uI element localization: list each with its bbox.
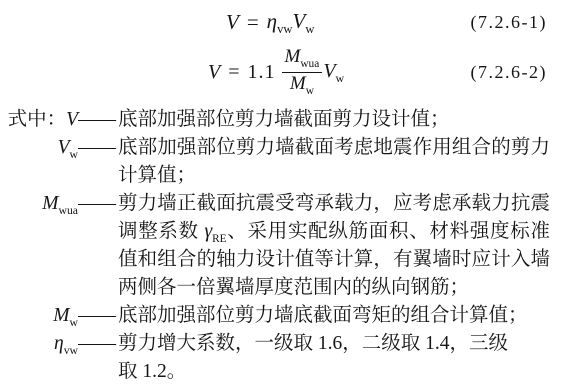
- definition-row: 式中：V —— 底部加强部位剪力墙截面剪力设计值；: [6, 106, 561, 134]
- eq2-lhs-symbol: V: [208, 61, 220, 84]
- definition-label: 式中：V: [6, 106, 78, 134]
- equation-1: V = ηvw Vw: [226, 9, 314, 36]
- text-segment: 底部加强部位剪力墙底截面弯矩的组合计算值；: [118, 305, 528, 326]
- definition-label: Mwua: [6, 190, 78, 218]
- document-page: V = ηvw Vw (7.2.6-1) V = 1.1 Mwua Mw Vw …: [0, 0, 561, 392]
- definition-symbol: V: [66, 109, 78, 130]
- symbol-segment: η: [54, 333, 64, 354]
- equation-row-2: V = 1.1 Mwua Mw Vw (7.2.6-2): [0, 46, 561, 98]
- where-label: 式中：: [8, 109, 67, 130]
- symbol-segment: V: [58, 137, 70, 158]
- fraction-numerator: Mwua: [282, 47, 323, 72]
- eta-symbol: η: [267, 9, 277, 33]
- equation-number-1: (7.2.6-1): [471, 12, 547, 33]
- definition-row: Vw —— 底部加强部位剪力墙截面考虑地震作用组合的剪力计算值；: [6, 134, 561, 190]
- equals-sign: =: [247, 10, 259, 35]
- symbol-segment: γ: [204, 221, 212, 242]
- subscript-segment: wua: [59, 204, 78, 217]
- vw-symbol: V: [323, 60, 335, 82]
- symbol-segment: M: [53, 305, 69, 326]
- definition-label: ηvw: [6, 330, 78, 358]
- definition-symbol: Vw: [58, 137, 78, 158]
- text-segment: 底部加强部位剪力墙截面考虑地震作用组合的剪力计算值；: [118, 137, 550, 186]
- text-segment: 剪力增大系数，一级取 1.6，二级取 1.4，三级: [118, 333, 508, 354]
- definition-row: Mw —— 底部加强部位剪力墙底截面弯矩的组合计算值；: [6, 302, 561, 330]
- equation-row-1: V = ηvw Vw (7.2.6-1): [0, 4, 561, 40]
- eta-subscript: vw: [277, 22, 292, 36]
- symbol-segment: V: [66, 109, 78, 130]
- fraction: Mwua Mw: [282, 47, 323, 96]
- eq2-v: V: [208, 61, 220, 83]
- subscript-segment: RE: [212, 233, 226, 245]
- subscript-segment: w: [70, 316, 78, 329]
- eq1-eta-term: ηvw: [267, 9, 293, 36]
- definition-dash: ——: [78, 134, 118, 162]
- mwua-symbol: M: [285, 46, 301, 67]
- definition-dash: ——: [78, 106, 118, 134]
- definition-text: 底部加强部位剪力墙截面剪力设计值；: [118, 106, 550, 134]
- mw-symbol: M: [290, 73, 306, 94]
- vw-subscript: w: [305, 22, 314, 36]
- definition-text: 剪力墙正截面抗震受弯承载力，应考虑承载力抗震调整系数 γRE、采用实配纵筋面积、…: [118, 190, 550, 302]
- definition-symbol: Mwua: [42, 193, 78, 214]
- definitions-list: 式中：V —— 底部加强部位剪力墙截面剪力设计值； Vw —— 底部加强部位剪力…: [0, 106, 561, 386]
- definition-label: Mw: [6, 302, 78, 330]
- mwua-subscript: wua: [300, 58, 319, 70]
- coefficient: 1.1: [248, 61, 276, 84]
- eq1-v: V: [226, 10, 239, 34]
- vw-symbol: V: [293, 9, 306, 33]
- definition-dash: ——: [78, 302, 118, 330]
- symbol-segment: M: [42, 193, 58, 214]
- text-segment: 底部加强部位剪力墙截面剪力设计值；: [118, 109, 450, 130]
- definition-label: Vw: [6, 134, 78, 162]
- eq1-vw-term: Vw: [293, 9, 315, 36]
- equation-number-2: (7.2.6-2): [471, 62, 547, 83]
- definition-symbol: ηvw: [54, 333, 78, 354]
- definition-row: Mwua —— 剪力墙正截面抗震受弯承载力，应考虑承载力抗震调整系数 γRE、采…: [6, 190, 561, 302]
- equals-sign: =: [228, 61, 239, 84]
- definition-text: 底部加强部位剪力墙底截面弯矩的组合计算值；: [118, 302, 550, 330]
- eq1-lhs-symbol: V: [226, 10, 239, 35]
- eq2-vw-term: Vw: [323, 60, 344, 84]
- definition-text: 底部加强部位剪力墙截面考虑地震作用组合的剪力计算值；: [118, 134, 550, 190]
- subscript-segment: vw: [64, 344, 78, 357]
- text-segment: 取 1.2。: [118, 361, 186, 382]
- definition-dash: ——: [78, 190, 118, 218]
- definition-row: ηvw —— 剪力增大系数，一级取 1.6，二级取 1.4，三级取 1.2。: [6, 330, 561, 386]
- definition-text: 剪力增大系数，一级取 1.6，二级取 1.4，三级取 1.2。: [118, 330, 550, 386]
- definition-symbol: Mw: [53, 305, 78, 326]
- equation-2: V = 1.1 Mwua Mw Vw: [208, 47, 344, 96]
- fraction-denominator: Mw: [290, 73, 314, 97]
- mw-subscript: w: [306, 84, 314, 96]
- vw-subscript: w: [336, 71, 345, 85]
- subscript-segment: w: [70, 148, 78, 161]
- definition-dash: ——: [78, 330, 118, 358]
